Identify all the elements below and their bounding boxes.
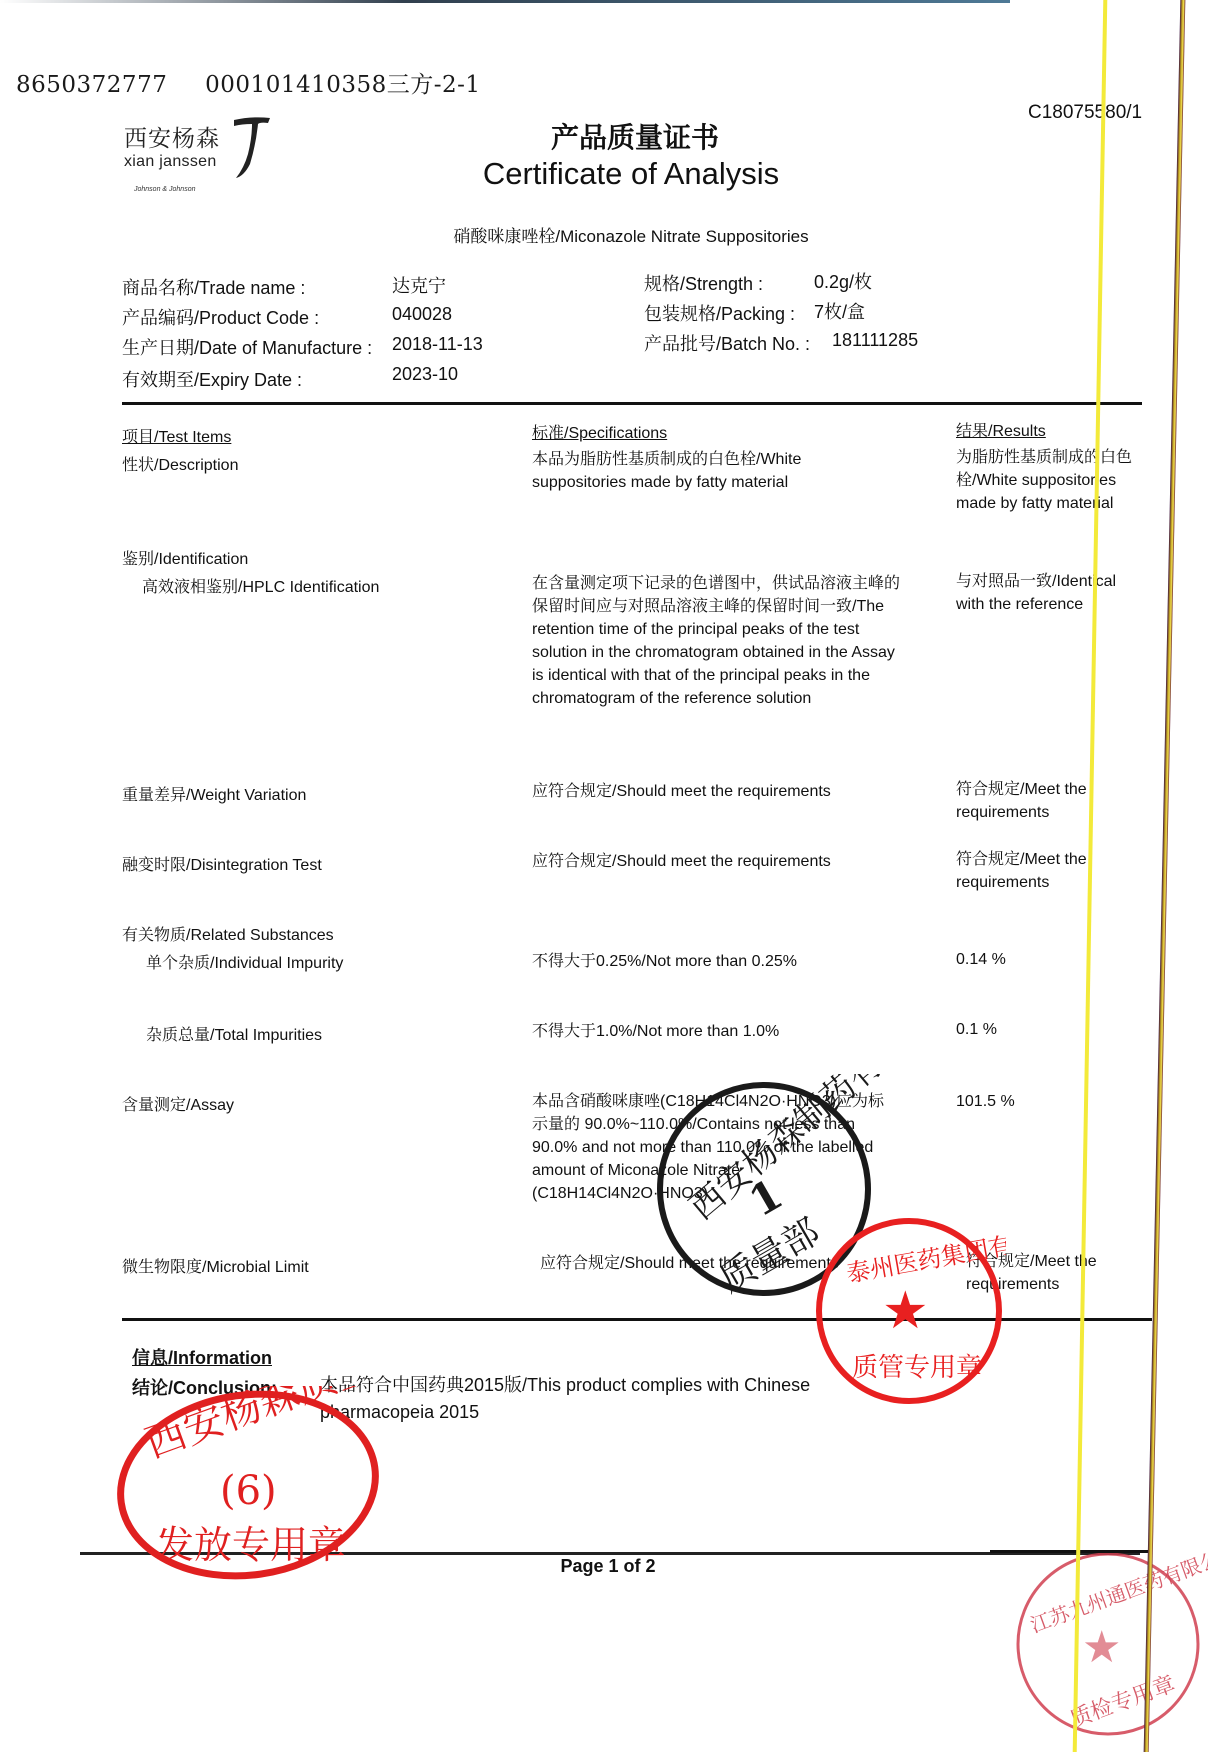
- svg-text:质管专用章: 质管专用章: [852, 1353, 982, 1383]
- table-row-item: 重量差异/Weight Variation: [122, 784, 502, 807]
- conclusion-value: 本品符合中国药典2015版/This product complies with…: [320, 1372, 860, 1426]
- column-header-results: 结果/Results: [956, 418, 1046, 441]
- svg-text:发放专用章: 发放专用章: [156, 1523, 346, 1567]
- table-row-item: 融变时限/Disintegration Test: [122, 854, 502, 877]
- product-code-value: 040028: [392, 304, 452, 325]
- table-row-item: 杂质总量/Total Impurities: [146, 1024, 506, 1047]
- table-row-result: 为脂肪性基质制成的白色栓/White suppositories made by…: [956, 446, 1146, 515]
- table-row-spec: 本品为脂肪性基质制成的白色栓/White suppositories made …: [532, 448, 832, 494]
- table-row-spec: 不得大于1.0%/Not more than 1.0%: [532, 1020, 902, 1043]
- table-row-spec: 在含量测定项下记录的色谱图中，供试品溶液主峰的保留时间应与对照品溶液主峰的保留时…: [532, 572, 902, 710]
- table-row-item: 微生物限度/Microbial Limit: [122, 1256, 502, 1279]
- expiry-date-value: 2023-10: [392, 364, 458, 385]
- table-row-spec: 应符合规定/Should meet the requirements: [532, 850, 902, 873]
- table-row-item: 有关物质/Related Substances: [122, 924, 502, 947]
- table-row-result: 101.5 %: [956, 1090, 1156, 1113]
- table-row-item: 性状/Description: [122, 454, 502, 477]
- table-row-result: 0.14 %: [956, 948, 1156, 971]
- svg-text:★: ★: [882, 1281, 929, 1341]
- table-row-result: 0.1 %: [956, 1018, 1156, 1041]
- table-row-item: 高效液相鉴别/HPLC Identification: [142, 576, 502, 599]
- table-row-item: 鉴别/Identification: [122, 548, 502, 571]
- table-row-result: 符合规定/Meet the requirements: [956, 848, 1126, 894]
- svg-text:西安杨森质量证书: 西安杨森质量证书: [140, 1386, 384, 1467]
- packing-value: 7枚/盒: [814, 298, 865, 324]
- table-row-item: 单个杂质/Individual Impurity: [146, 952, 506, 975]
- column-header-items: 项目/Test Items: [122, 424, 231, 447]
- batch-no-label: 产品批号/Batch No. :: [644, 330, 810, 356]
- table-row-spec: 应符合规定/Should meet the requirements: [532, 780, 902, 803]
- expiry-date-label: 有效期至/Expiry Date :: [122, 366, 302, 392]
- information-heading: 信息/Information: [132, 1344, 272, 1370]
- svg-text:质量部: 质量部: [713, 1211, 827, 1301]
- packing-label: 包装规格/Packing :: [644, 300, 795, 326]
- batch-no-value: 181111285: [832, 330, 918, 351]
- svg-text:★: ★: [1082, 1622, 1121, 1673]
- table-row-result: 与对照品一致/Identical with the reference: [956, 570, 1136, 616]
- strength-label: 规格/Strength :: [644, 270, 763, 296]
- strength-value: 0.2g/枚: [814, 268, 872, 294]
- product-info: 商品名称/Trade name : 达克宁 产品编码/Product Code …: [0, 0, 1216, 400]
- trade-name-value: 达克宁: [392, 272, 446, 298]
- trade-name-label: 商品名称/Trade name :: [122, 274, 305, 300]
- header-divider: [122, 402, 1142, 405]
- xian-janssen-release-seal: 西安杨森质量证书 (6) 发放专用章: [112, 1386, 384, 1584]
- table-row-result: 符合规定/Meet the requirements: [956, 778, 1126, 824]
- svg-text:质检专用章: 质检专用章: [1067, 1672, 1179, 1733]
- stamp-edge-line: [990, 1550, 1150, 1553]
- product-code-label: 产品编码/Product Code :: [122, 304, 319, 330]
- manufacture-date-value: 2018-11-13: [392, 334, 483, 355]
- manufacture-date-label: 生产日期/Date of Manufacture :: [122, 334, 372, 360]
- taizhou-pharma-seal: 泰州医药集团有限公司 ★ 质管专用章: [812, 1214, 1006, 1408]
- column-header-specifications: 标准/Specifications: [532, 420, 667, 443]
- svg-text:(6): (6): [220, 1468, 277, 1514]
- jiangsu-pharma-seal: 江苏九州通医药有限公司 ★ 质检专用章: [1008, 1546, 1208, 1742]
- table-row-spec: 不得大于0.25%/Not more than 0.25%: [532, 950, 902, 973]
- table-row-item: 含量测定/Assay: [122, 1094, 502, 1117]
